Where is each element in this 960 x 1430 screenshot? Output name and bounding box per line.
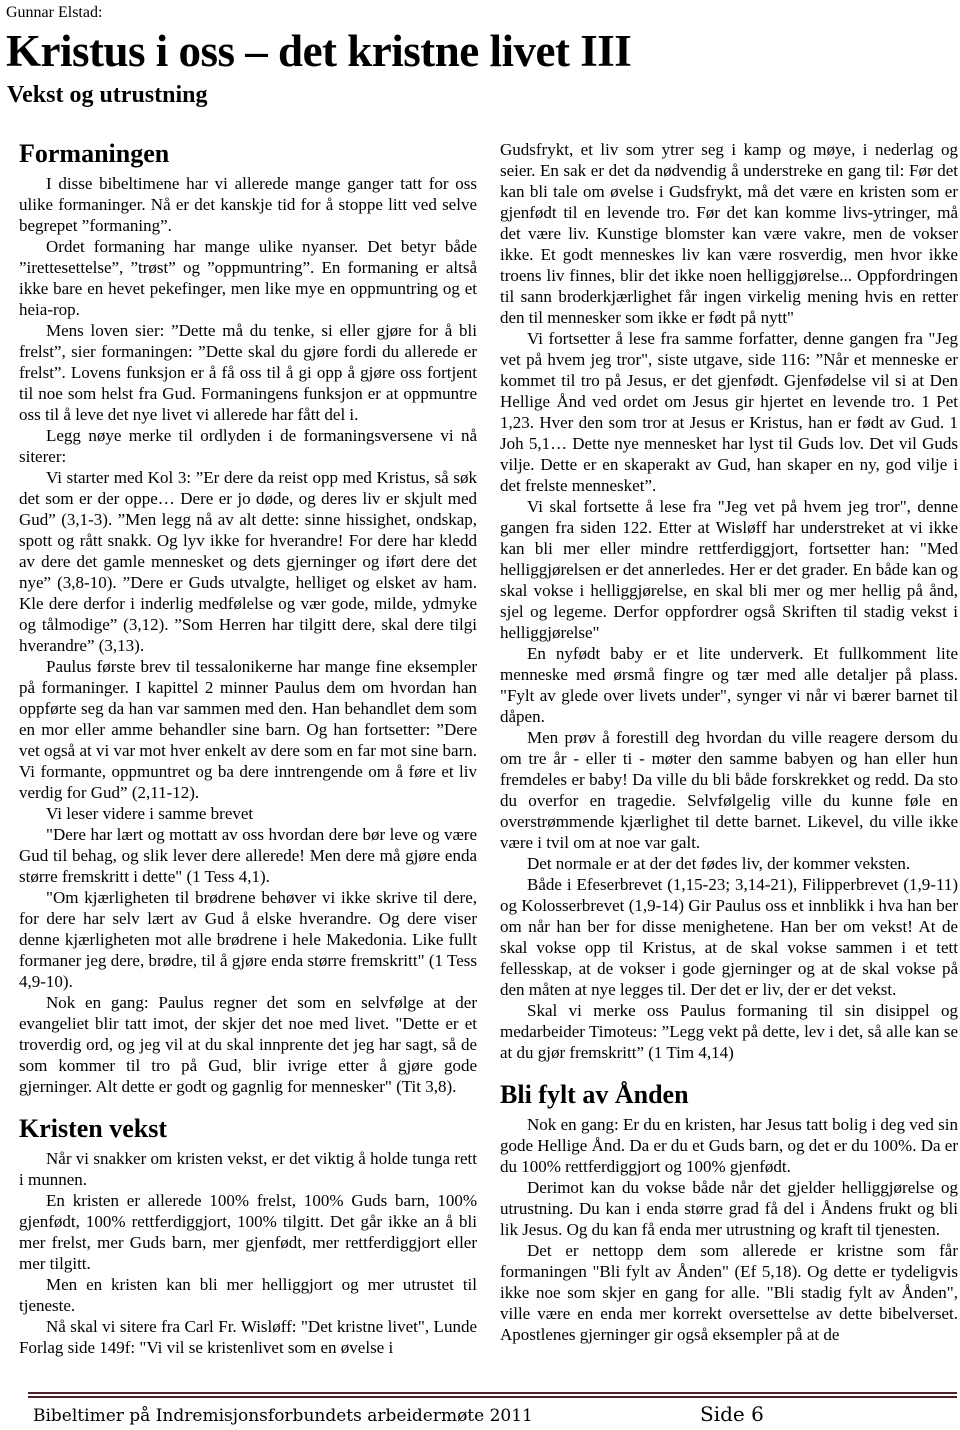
- footer-source: Bibeltimer på Indremisjonsforbundets arb…: [33, 1406, 533, 1426]
- author-line: Gunnar Elstad:: [6, 3, 952, 22]
- page-title: Kristus i oss – det kristne livet III: [6, 26, 952, 76]
- body-paragraph: Paulus første brev til tessalonikerne ha…: [19, 656, 477, 803]
- body-paragraph: Men prøv å forestill deg hvordan du vill…: [500, 727, 958, 853]
- body-paragraph: Når vi snakker om kristen vekst, er det …: [19, 1148, 477, 1190]
- body-paragraph: Både i Efeserbrevet (1,15-23; 3,14-21), …: [500, 874, 958, 1000]
- right-column: Gudsfrykt, et liv som ytrer seg i kamp o…: [500, 139, 958, 1358]
- page-subtitle: Vekst og utrustning: [7, 81, 952, 109]
- body-paragraph: Skal vi merke oss Paulus formaning til s…: [500, 1000, 958, 1063]
- body-paragraph: Nok en gang: Er du en kristen, har Jesus…: [500, 1114, 958, 1177]
- body-paragraph: Gudsfrykt, et liv som ytrer seg i kamp o…: [500, 139, 958, 328]
- page-number: Side 6: [700, 1403, 764, 1425]
- body-paragraph: Legg nøye merke til ordlyden i de forman…: [19, 425, 477, 467]
- body-paragraph: Vi fortsetter å lese fra samme forfatter…: [500, 328, 958, 496]
- body-paragraph: Mens loven sier: ”Dette må du tenke, si …: [19, 320, 477, 425]
- body-paragraph: I disse bibeltimene har vi allerede mang…: [19, 173, 477, 236]
- section-heading: Bli fylt av Ånden: [500, 1080, 958, 1110]
- body-paragraph: Nå skal vi sitere fra Carl Fr. Wisløff: …: [19, 1316, 477, 1358]
- body-paragraph: Det normale er at der det fødes liv, der…: [500, 853, 958, 874]
- body-paragraph: Vi skal fortsette å lese fra "Jeg vet på…: [500, 496, 958, 643]
- body-paragraph: Ordet formaning har mange ulike nyanser.…: [19, 236, 477, 320]
- body-paragraph: Vi leser videre i samme brevet: [19, 803, 477, 824]
- body-paragraph: Det er nettopp dem som allerede er krist…: [500, 1240, 958, 1345]
- document-page: Gunnar Elstad: Kristus i oss – det krist…: [0, 0, 960, 1430]
- section-heading: Formaningen: [19, 139, 477, 169]
- footer-text-row: Bibeltimer på Indremisjonsforbundets arb…: [28, 1405, 957, 1427]
- page-footer: Bibeltimer på Indremisjonsforbundets arb…: [28, 1392, 957, 1427]
- body-paragraph: Derimot kan du vokse både når det gjelde…: [500, 1177, 958, 1240]
- left-column: FormaningenI disse bibeltimene har vi al…: [19, 139, 477, 1358]
- document-header: Gunnar Elstad: Kristus i oss – det krist…: [0, 0, 960, 109]
- section-heading: Kristen vekst: [19, 1114, 477, 1144]
- body-paragraph: Vi starter med Kol 3: ”Er dere da reist …: [19, 467, 477, 656]
- body-paragraph: "Om kjærligheten til brødrene behøver vi…: [19, 887, 477, 992]
- body-paragraph: En kristen er allerede 100% frelst, 100%…: [19, 1190, 477, 1274]
- body-paragraph: "Dere har lært og mottatt av oss hvordan…: [19, 824, 477, 887]
- two-column-body: FormaningenI disse bibeltimene har vi al…: [0, 139, 960, 1358]
- body-paragraph: Nok en gang: Paulus regner det som en se…: [19, 992, 477, 1097]
- body-paragraph: Men en kristen kan bli mer helliggjort o…: [19, 1274, 477, 1316]
- body-paragraph: En nyfødt baby er et lite underverk. Et …: [500, 643, 958, 727]
- footer-rule: [28, 1392, 957, 1398]
